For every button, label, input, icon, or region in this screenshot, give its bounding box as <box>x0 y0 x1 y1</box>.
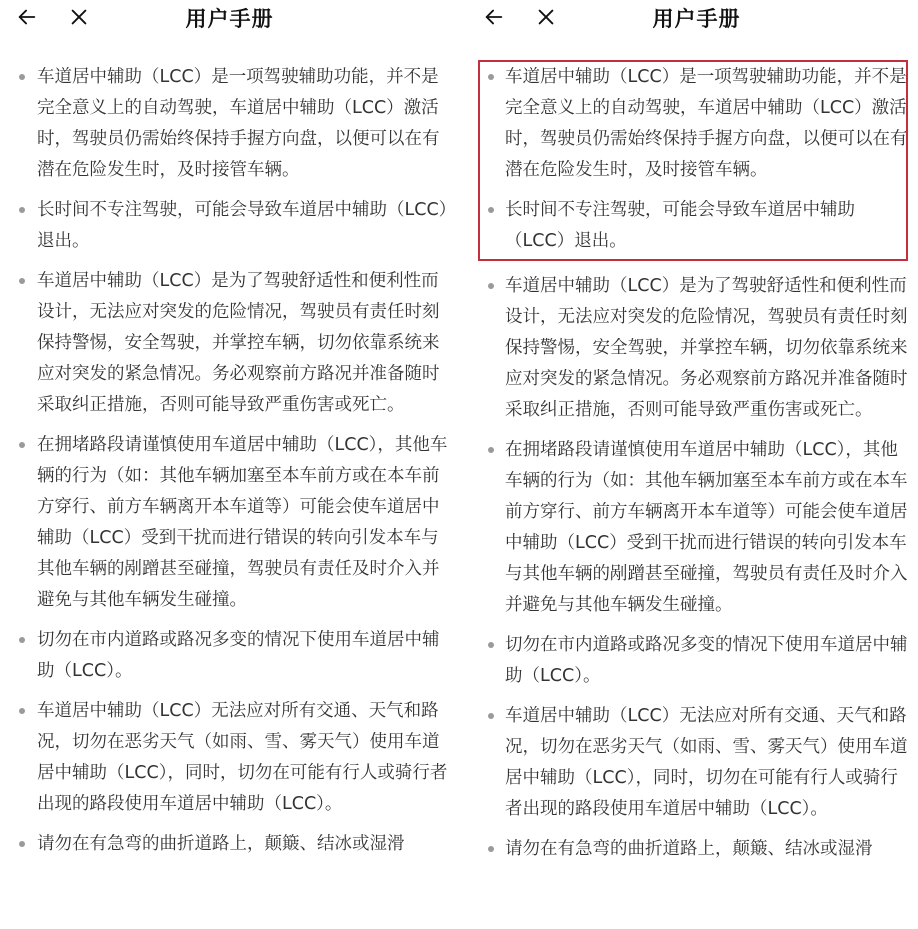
bullet-icon <box>488 642 494 648</box>
list-item: 在拥堵路段请谨慎使用车道居中辅助（LCC），其他车辆的行为（如：其他车辆加塞至本… <box>459 435 918 621</box>
list-item: 切勿在市内道路或路况多变的情况下使用车道居中辅助（LCC）。 <box>459 630 918 692</box>
manual-panel-right: 用户手册 车道居中辅助（LCC）是一项驾驶辅助功能，并不是完全意义上的自动驾驶，… <box>459 0 918 929</box>
manual-content: 车道居中辅助（LCC）是一项驾驶辅助功能，并不是完全意义上的自动驾驶，车道居中辅… <box>459 62 918 874</box>
item-text: 在拥堵路段请谨慎使用车道居中辅助（LCC），其他车辆的行为（如：其他车辆加塞至本… <box>37 435 447 610</box>
bullet-icon <box>19 442 25 448</box>
item-text: 车道居中辅助（LCC）是为了驾驶舒适性和便利性而设计，无法应对突发的危险情况，驾… <box>37 271 440 415</box>
list-item: 切勿在市内道路或路况多变的情况下使用车道居中辅助（LCC）。 <box>0 625 459 687</box>
item-text: 车道居中辅助（LCC）是一项驾驶辅助功能，并不是完全意义上的自动驾驶，车道居中辅… <box>37 67 440 180</box>
bullet-icon <box>19 708 25 714</box>
item-text: 在拥堵路段请谨慎使用车道居中辅助（LCC），其他车辆的行为（如：其他车辆加塞至本… <box>505 440 908 615</box>
list-item: 车道居中辅助（LCC）无法应对所有交通、天气和路况，切勿在恶劣天气（如雨、雪、雾… <box>0 696 459 820</box>
screenshot-comparison: 用户手册 车道居中辅助（LCC）是一项驾驶辅助功能，并不是完全意义上的自动驾驶，… <box>0 0 918 929</box>
bullet-icon <box>19 841 25 847</box>
list-item: 车道居中辅助（LCC）无法应对所有交通、天气和路况，切勿在恶劣天气（如雨、雪、雾… <box>459 701 918 825</box>
bullet-icon <box>19 207 25 213</box>
list-item: 车道居中辅助（LCC）是一项驾驶辅助功能，并不是完全意义上的自动驾驶，车道居中辅… <box>459 62 918 186</box>
manual-content: 车道居中辅助（LCC）是一项驾驶辅助功能，并不是完全意义上的自动驾驶，车道居中辅… <box>0 62 459 869</box>
list-item: 车道居中辅助（LCC）是一项驾驶辅助功能，并不是完全意义上的自动驾驶，车道居中辅… <box>0 62 459 186</box>
item-text: 切勿在市内道路或路况多变的情况下使用车道居中辅助（LCC）。 <box>505 635 908 686</box>
bullet-icon <box>488 447 494 453</box>
item-text: 切勿在市内道路或路况多变的情况下使用车道居中辅助（LCC）。 <box>37 630 440 681</box>
bullet-icon <box>488 713 494 719</box>
list-item: 请勿在有急弯的曲折道路上，颠簸、结冰或湿滑 <box>459 834 918 865</box>
item-text: 车道居中辅助（LCC）是一项驾驶辅助功能，并不是完全意义上的自动驾驶，车道居中辅… <box>505 67 908 180</box>
list-item: 车道居中辅助（LCC）是为了驾驶舒适性和便利性而设计，无法应对突发的危险情况，驾… <box>459 271 918 426</box>
list-item: 在拥堵路段请谨慎使用车道居中辅助（LCC），其他车辆的行为（如：其他车辆加塞至本… <box>0 430 459 616</box>
item-text: 车道居中辅助（LCC）是为了驾驶舒适性和便利性而设计，无法应对突发的危险情况，驾… <box>505 276 908 420</box>
item-text: 车道居中辅助（LCC）无法应对所有交通、天气和路况，切勿在恶劣天气（如雨、雪、雾… <box>37 701 447 814</box>
page-title: 用户手册 <box>0 3 459 33</box>
bullet-icon <box>488 283 494 289</box>
manual-panel-left: 用户手册 车道居中辅助（LCC）是一项驾驶辅助功能，并不是完全意义上的自动驾驶，… <box>0 0 459 929</box>
bullet-icon <box>488 207 494 213</box>
top-bar: 用户手册 <box>0 0 459 36</box>
bullet-icon <box>488 846 494 852</box>
list-item: 车道居中辅助（LCC）是为了驾驶舒适性和便利性而设计，无法应对突发的危险情况，驾… <box>0 266 459 421</box>
item-text: 车道居中辅助（LCC）无法应对所有交通、天气和路况，切勿在恶劣天气（如雨、雪、雾… <box>505 706 908 819</box>
item-text: 请勿在有急弯的曲折道路上，颠簸、结冰或湿滑 <box>37 834 405 854</box>
bullet-icon <box>19 74 25 80</box>
item-text: 长时间不专注驾驶，可能会导致车道居中辅助（LCC）退出。 <box>37 200 447 251</box>
bullet-icon <box>19 278 25 284</box>
list-item: 请勿在有急弯的曲折道路上，颠簸、结冰或湿滑 <box>0 829 459 860</box>
bullet-icon <box>488 74 494 80</box>
top-bar: 用户手册 <box>459 0 918 36</box>
item-text: 长时间不专注驾驶，可能会导致车道居中辅助（LCC）退出。 <box>505 200 855 251</box>
page-title: 用户手册 <box>459 3 918 33</box>
list-item: 长时间不专注驾驶，可能会导致车道居中辅助（LCC）退出。 <box>0 195 459 257</box>
item-text: 请勿在有急弯的曲折道路上，颠簸、结冰或湿滑 <box>505 839 873 859</box>
list-item: 长时间不专注驾驶，可能会导致车道居中辅助（LCC）退出。 <box>459 195 918 257</box>
bullet-icon <box>19 637 25 643</box>
